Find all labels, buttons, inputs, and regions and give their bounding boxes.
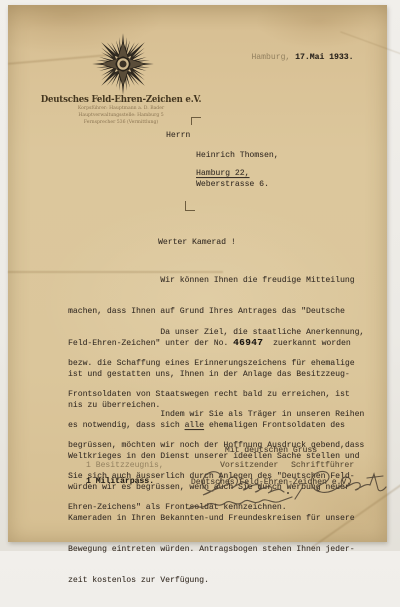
closing-greeting: Mit deutschen Gruss [158,446,384,457]
enclosure-besitzzeugnis: 1 Besitzzeugnis, [86,461,164,471]
fold-mark-top [191,117,201,125]
date-line: Hamburg, 17.Mai 1933. [232,43,353,74]
signature-schriftfuehrer [311,471,386,492]
recipient-name: Heinrich Thomsen, [196,151,279,161]
order-star-emblem [91,29,155,99]
body-line: Da unser Ziel, die staatliche Anerkennun… [68,328,364,338]
letterhead-subline-3: Fernsprecher 536 (Vermittlung) [35,119,207,126]
enclosure-militaerpass: 1 Militärpass. [86,477,154,487]
recipient-city: Hamburg 22, [196,169,249,179]
organization-name: Deutsches Feld-Ehren-Zeichen e.V. [35,95,207,106]
letter-paper: Deutsches Feld-Ehren-Zeichen e.V. Korpsf… [8,5,387,542]
body-line: bezw. die Schaffung eines Erinnerungszei… [68,359,364,369]
signatures-handwritten [181,461,391,523]
signature-vorsitzender [189,472,302,509]
letterhead-subline-1: Korpsführer: Hauptmann a. D. Bader [35,105,207,112]
fold-mark-bottom [185,201,195,211]
date-place: Hamburg, [251,53,290,62]
body-line: Indem wir Sie als Träger in unseren Reih… [68,410,364,420]
body-line: Bewegung eintreten würden. Antragsbogen … [68,545,364,551]
recipient-prefix: Herrn [166,131,190,141]
letterhead: Deutsches Feld-Ehren-Zeichen e.V. Korpsf… [35,95,207,126]
salutation: Werter Kamerad ! [158,238,236,248]
date-value: 17.Mai 1933. [295,53,353,62]
emblem-center-medallion [119,60,126,67]
body-line: Wir können Ihnen die freudige Mitteilung [68,276,355,286]
letterhead-subline-2: Hauptverwaltungsstelle: Hamburg 5 [35,112,207,119]
recipient-street: Weberstrasse 6. [196,180,269,190]
